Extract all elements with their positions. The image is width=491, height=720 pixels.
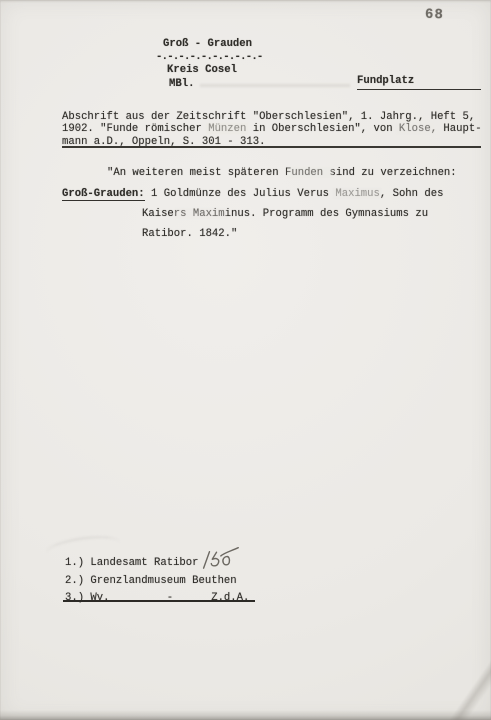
- mbl-label: MBl.: [169, 78, 194, 90]
- ink-smudge: [200, 84, 350, 87]
- citation-line-2: 1902. "Funde römischer Münzen in Obersch…: [62, 123, 482, 135]
- paper-edge-top: [0, 0, 491, 3]
- document-title: Groß - Grauden: [163, 38, 252, 50]
- handwritten-annotation: [198, 545, 242, 574]
- quote-intro: "An weiteren meist späteren Funden sind …: [107, 167, 457, 179]
- paper-edge-bottom: [0, 710, 491, 720]
- list-underline: [63, 600, 255, 602]
- title-separator: -.-.-.-.-.-.-.-.-.-: [156, 51, 263, 63]
- quote-entry-term: Groß-Grauden:: [62, 188, 145, 201]
- scanned-document-page: 68 Groß - Grauden -.-.-.-.-.-.-.-.-.- Kr…: [0, 0, 491, 720]
- page-number: 68: [425, 7, 444, 23]
- fundplatz-header: Fundplatz: [357, 74, 481, 90]
- list-item-2: 2.) Grenzlandmuseum Beuthen: [65, 575, 237, 587]
- quote-entry-line-3: Ratibor. 1842.": [142, 228, 237, 240]
- citation-underline: [62, 146, 481, 148]
- citation-line-1: Abschrift aus der Zeitschrift "Oberschle…: [62, 111, 475, 123]
- list-item-3: 3.) Wv. - Z.d.A.: [65, 592, 249, 604]
- district-label: Kreis Cosel: [167, 64, 237, 76]
- quote-entry-line-1: Groß-Grauden: 1 Goldmünze des Julius Ver…: [62, 188, 443, 200]
- quote-entry-line-2: Kaisers Maximinus. Programm des Gymnasiu…: [142, 208, 428, 220]
- fundplatz-label: Fundplatz: [357, 75, 414, 87]
- quote-entry-text: 1 Goldmünze des Julius Verus Maximus, So…: [145, 188, 444, 200]
- list-item-1: 1.) Landesamt Ratibor: [65, 557, 199, 569]
